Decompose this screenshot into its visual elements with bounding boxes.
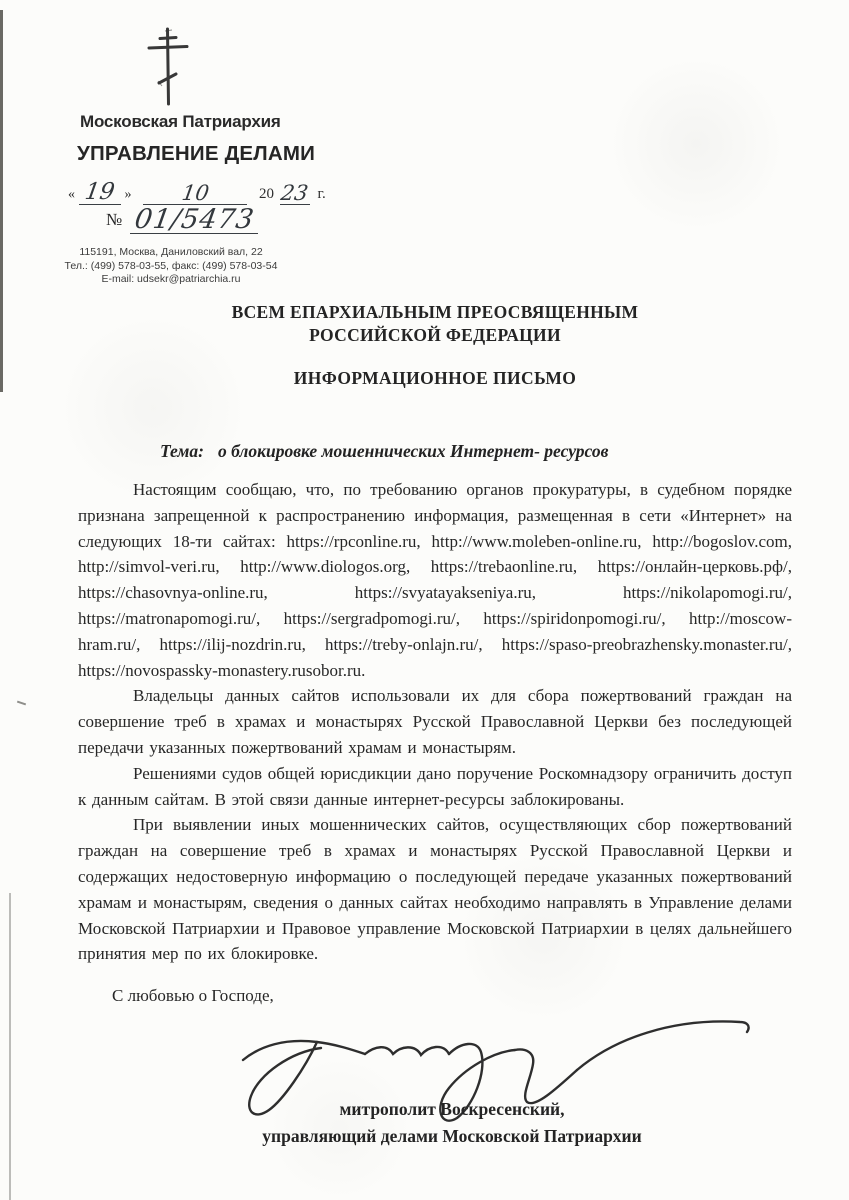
date-year-field: 23 [280,183,310,205]
phone-fax: Тел.: (499) 578-03-55, факс: (499) 578-0… [52,260,290,274]
document-number-line: № 01/5473 [106,206,258,244]
handwritten-year: 23 [280,183,310,204]
letter-body: Настоящим сообщаю, что, по требованию ор… [78,477,792,967]
org-name: Московская Патриархия [80,112,260,132]
date-close-quote: » [125,187,132,205]
date-month-field: 10 [143,183,247,205]
date-day-field: 19 [79,180,121,205]
document-type-title: ИНФОРМАЦИОННОЕ ПИСЬМО [78,368,792,389]
postal-address: 115191, Москва, Даниловский вал, 22 [52,246,290,260]
signer-title-line-1: митрополит Воскресенский, [90,1096,814,1123]
scan-artifact-mark [17,701,26,706]
handwritten-number: 01/5473 [133,206,256,233]
scan-artifact-left-edge [0,10,3,392]
subject-label: Тема: [160,441,204,461]
handwritten-month: 10 [180,183,210,204]
letterhead-contacts: 115191, Москва, Даниловский вал, 22 Тел.… [52,246,290,287]
paragraph-instructions: При выявлении иных мошеннических сайтов,… [78,812,792,967]
recipient-line-1: ВСЕМ ЕПАРХИАЛЬНЫМ ПРЕОСВЯЩЕННЫМ [78,301,792,324]
valediction: С любовью о Господе, [78,986,478,1006]
recipient-block: ВСЕМ ЕПАРХИАЛЬНЫМ ПРЕОСВЯЩЕННЫМ РОССИЙСК… [78,301,792,346]
recipient-line-2: РОССИЙСКОЙ ФЕДЕРАЦИИ [78,324,792,347]
org-department: УПРАВЛЕНИЕ ДЕЛАМИ [77,142,267,166]
signer-title-line-2: управляющий делами Московской Патриархии [90,1123,814,1150]
scanned-letter-page: Московская Патриархия УПРАВЛЕНИЕ ДЕЛАМИ … [0,0,849,1200]
paragraph-sites-list: Настоящим сообщаю, что, по требованию ор… [78,477,792,683]
scan-artifact-left-line [9,893,11,1200]
handwritten-day: 19 [83,181,116,204]
number-field: 01/5473 [130,206,258,234]
number-sign: № [106,210,122,234]
subject-line: Тема:о блокировке мошеннических Интернет… [160,441,760,462]
year-prefix: 20 [259,186,274,205]
date-open-quote: « [68,187,75,205]
orthodox-cross-icon [146,25,190,107]
email: E-mail: udsekr@patriarchia.ru [52,273,290,287]
paragraph-court-decisions: Решениями судов общей юрисдикции дано по… [78,761,792,813]
paragraph-owners: Владельцы данных сайтов использовали их … [78,683,792,760]
subject-text: о блокировке мошеннических Интернет- рес… [218,441,608,461]
signer-block: митрополит Воскресенский, управляющий де… [90,1096,814,1150]
year-label: г. [318,186,326,205]
